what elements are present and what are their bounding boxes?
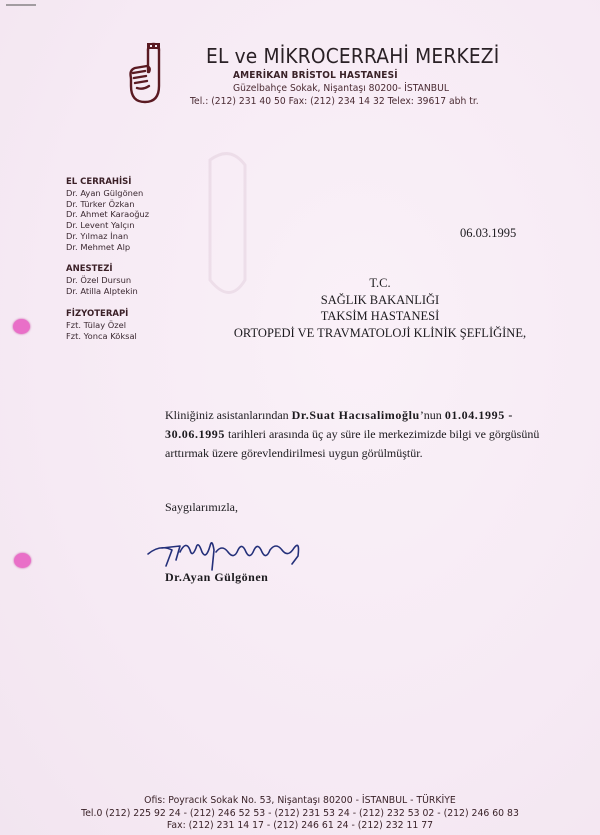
footer-tel: Tel.0 (212) 225 92 24 - (212) 246 52 53 … [58,808,542,821]
org-subtitle: AMERİKAN BRİSTOL HASTANESİ [233,70,398,81]
staff-heading: ANESTEZİ [66,264,138,275]
staff-member: Dr. Mehmet Alp [66,242,149,253]
recipient-line: ORTOPEDİ VE TRAVMATOLOJİ KLİNİK ŞEFLİĞİN… [200,325,560,342]
staff-member: Dr. Yılmaz İnan [66,231,149,242]
staff-heading: FİZYOTERAPİ [66,309,137,320]
punch-hole [14,553,31,568]
letter-date: 06.03.1995 [460,226,516,241]
footer-fax: Fax: (212) 231 14 17 - (212) 246 61 24 -… [58,820,542,833]
staff-section-anesthesia: ANESTEZİ Dr. Özel Dursun Dr. Atilla Alpt… [66,264,138,296]
letter-body: Kliniğiniz asistanlarından Dr.Suat Hacıs… [165,406,555,463]
footer-office: Ofis: Poyracık Sokak No. 53, Nişantaşı 8… [58,795,542,808]
recipient-block: T.C. SAĞLIK BAKANLIĞI TAKSİM HASTANESİ O… [200,275,560,341]
recipient-line: T.C. [200,275,560,292]
staff-section-hand-surgery: EL CERRAHİSİ Dr. Ayan Gülgönen Dr. Türke… [66,177,149,253]
staff-member: Fzt. Yonca Köksal [66,331,137,342]
body-text: ’nun [420,408,445,422]
org-address: Güzelbahçe Sokak, Nişantaşı 80200- İSTAN… [233,83,449,94]
staff-heading: EL CERRAHİSİ [66,177,149,188]
body-text: Kliniğiniz asistanlarından [165,408,292,422]
staff-member: Dr. Özel Dursun [66,275,138,286]
staff-member: Dr. Ahmet Karaoğuz [66,209,149,220]
org-title: EL ve MİKROCERRAHİ MERKEZİ [206,44,499,68]
closing: Saygılarımızla, [165,500,238,515]
footer-contact: Ofis: Poyracık Sokak No. 53, Nişantaşı 8… [40,795,560,833]
org-contact: Tel.: (212) 231 40 50 Fax: (212) 234 14 … [190,96,479,107]
staff-member: Dr. Atilla Alptekin [66,286,138,297]
recipient-line: TAKSİM HASTANESİ [200,308,560,325]
staff-member: Dr. Levent Yalçın [66,220,149,231]
trainee-name: Dr.Suat Hacısalimoğlu [292,408,420,422]
staff-member: Dr. Türker Özkan [66,199,149,210]
scan-mark [6,4,36,6]
punch-hole [13,319,30,334]
staff-section-physiotherapy: FİZYOTERAPİ Fzt. Tülay Özel Fzt. Yonca K… [66,309,137,341]
signer-name: Dr.Ayan Gülgönen [165,570,268,585]
staff-member: Fzt. Tülay Özel [66,320,137,331]
recipient-line: SAĞLIK BAKANLIĞI [200,292,560,309]
staff-member: Dr. Ayan Gülgönen [66,188,149,199]
hand-logo-icon [127,40,171,106]
